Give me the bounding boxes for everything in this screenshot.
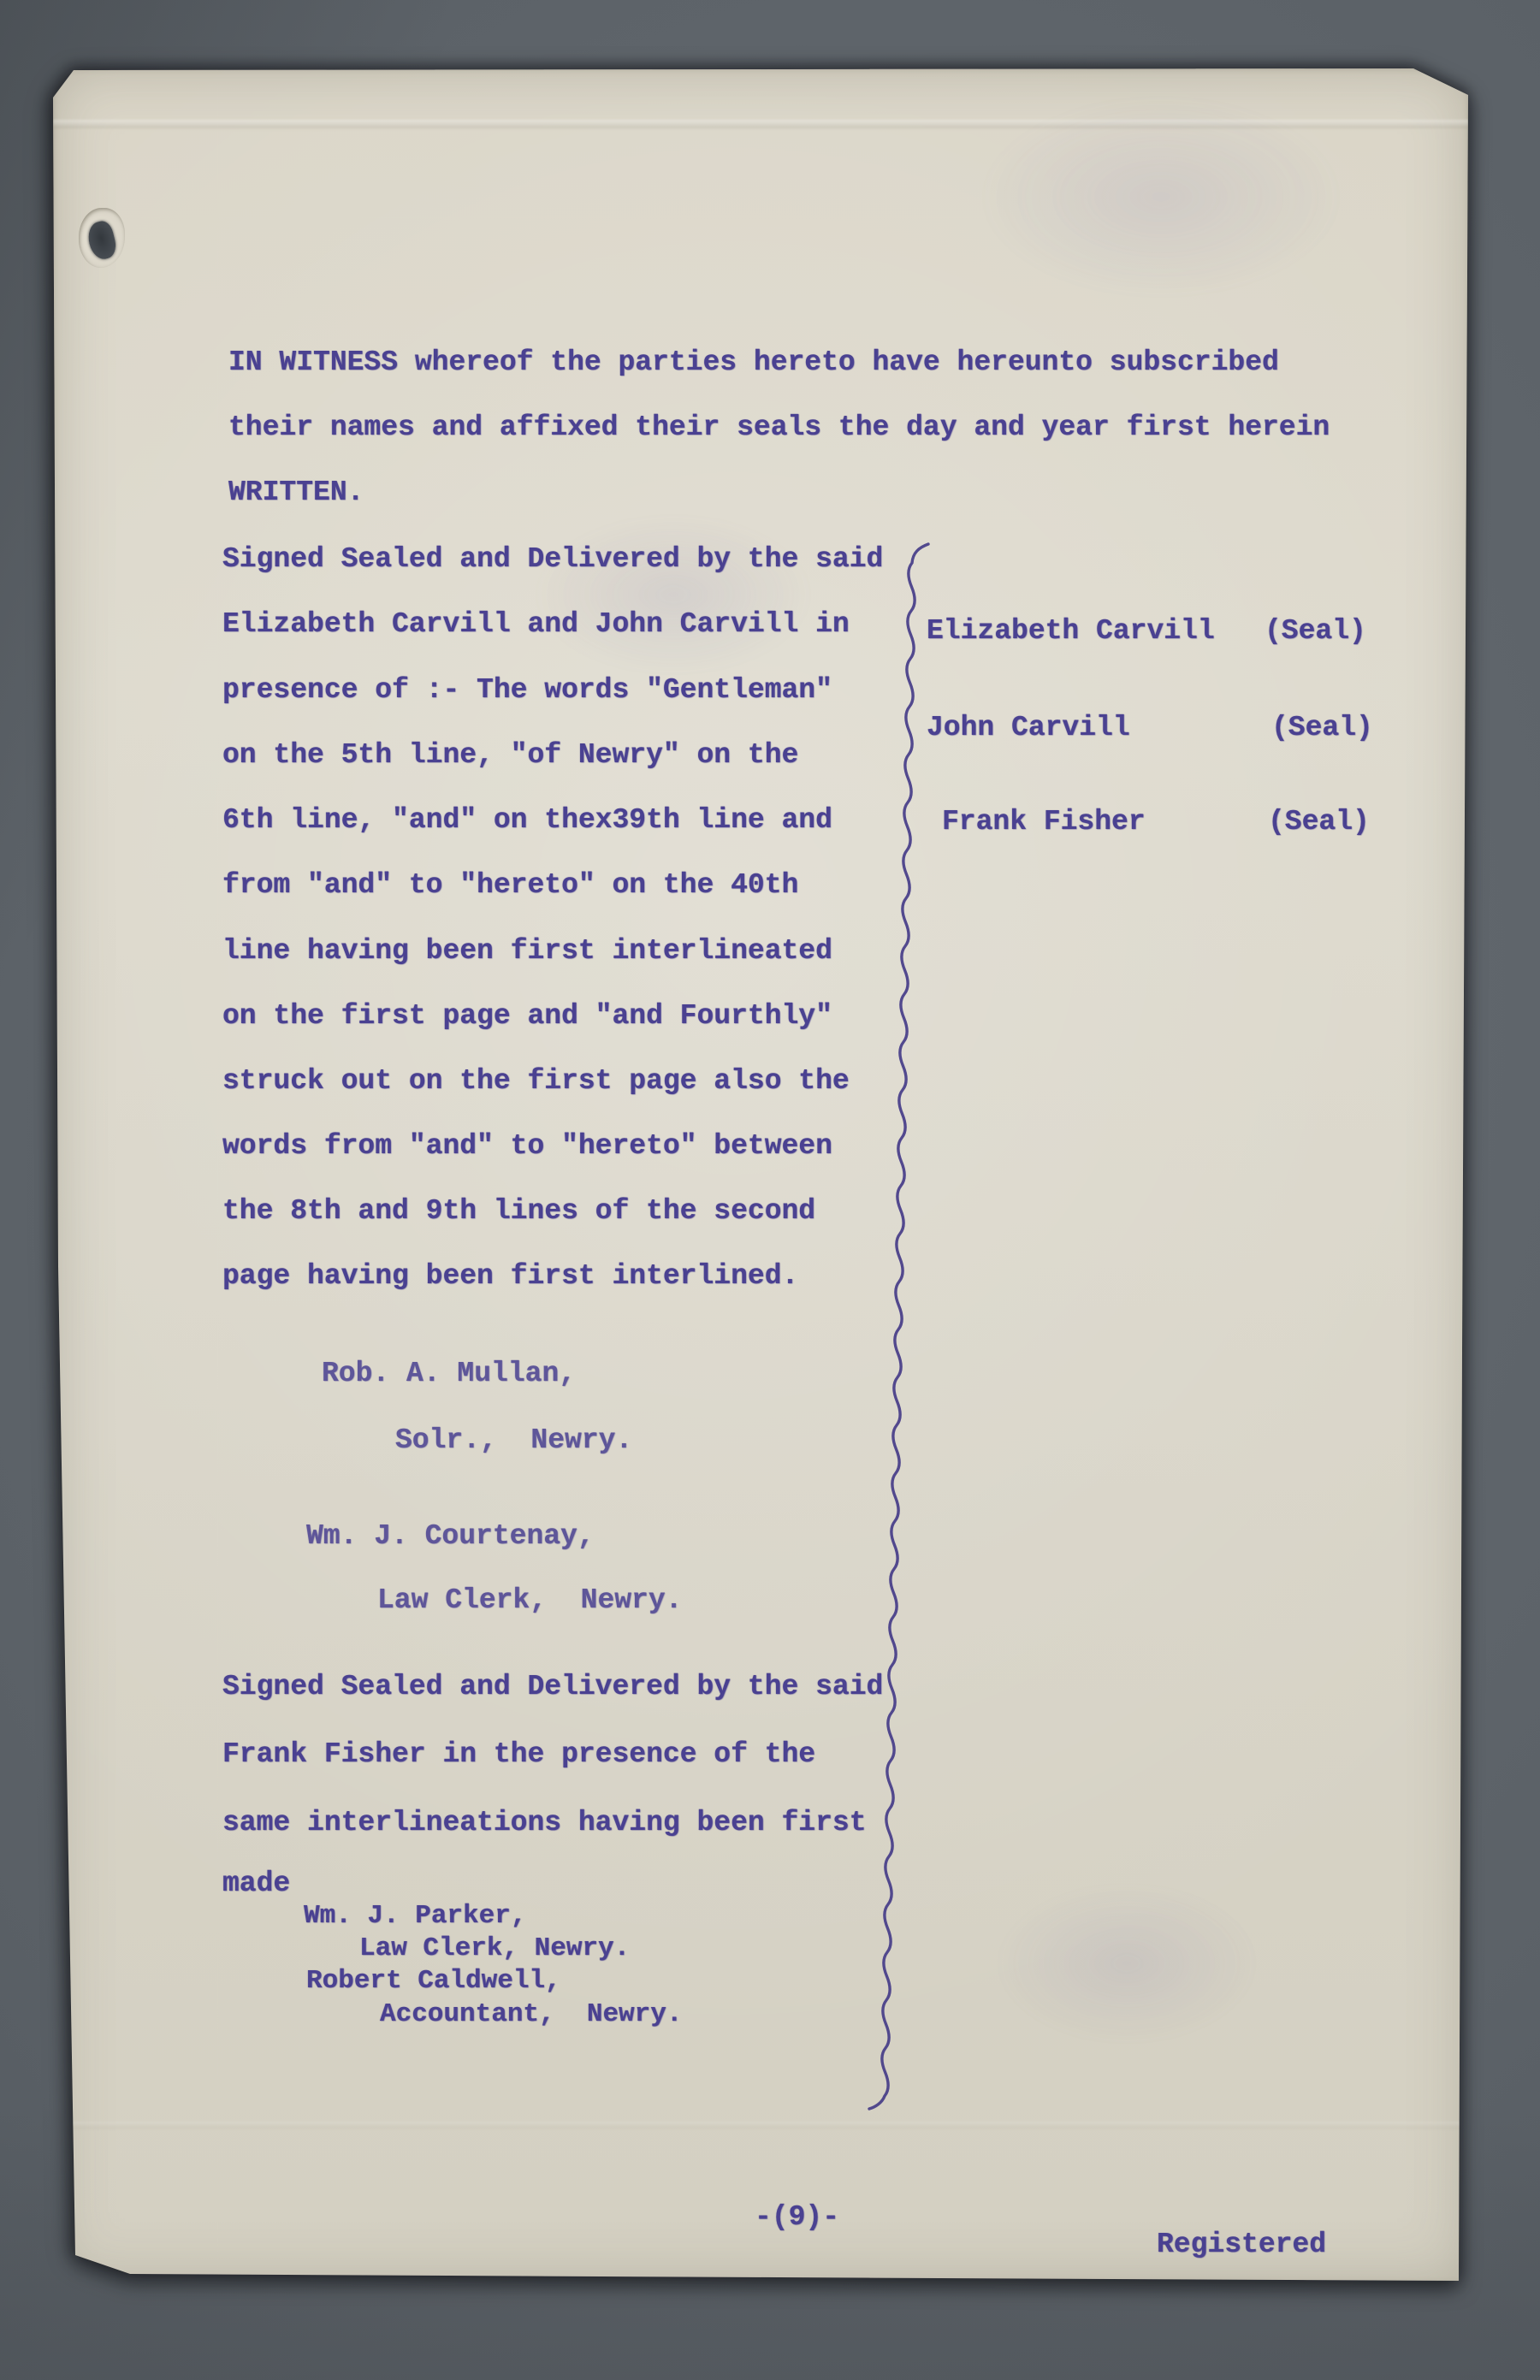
witness-role: Law Clerk, Newry. (377, 1584, 682, 1616)
attestation1-line: struck out on the first page also the (222, 1065, 850, 1097)
punch-hole (79, 208, 125, 268)
paper-sheet-wrap: IN WITNESS whereof the parties hereto ha… (53, 68, 1469, 2284)
attestation2-line: Signed Sealed and Delivered by the said (222, 1671, 883, 1702)
signatory-name: John Carvill (927, 712, 1130, 743)
scanned-document-photo: { "page": { "mat_color": "#5b6167", "pap… (0, 0, 1540, 2380)
registered-stamp: Registered (1157, 2229, 1326, 2260)
attestation1-line: the 8th and 9th lines of the second (222, 1195, 815, 1227)
witness-name: Wm. J. Courtenay, (306, 1520, 595, 1552)
signatory-seal-label: (Seal) (1271, 712, 1373, 743)
attestation1-line: words from "and" to "hereto" between (222, 1130, 832, 1162)
attestation1-line: 6th line, "and" on thex39th line and (222, 804, 832, 836)
page-number: -(9)- (755, 2201, 839, 2233)
signatory-seal-label: (Seal) (1265, 615, 1366, 647)
attestation1-line: page having been first interlined. (222, 1260, 798, 1292)
signatory-name: Frank Fisher (942, 806, 1146, 838)
intro-line: their names and affixed their seals the … (228, 411, 1330, 443)
attestation1-line: on the first page and "and Fourthly" (222, 1000, 832, 1032)
paper-top-fold-crease (53, 120, 1469, 128)
intro-line: IN WITNESS whereof the parties hereto ha… (228, 346, 1279, 378)
ink-bleedthrough-ghost (532, 513, 814, 676)
attestation2-line: Frank Fisher in the presence of the (222, 1738, 815, 1770)
attestation1-line: on the 5th line, "of Newry" on the (222, 739, 798, 771)
paper-sheet: IN WITNESS whereof the parties hereto ha… (53, 68, 1469, 2284)
attestation1-line: from "and" to "hereto" on the 40th (222, 869, 798, 901)
witness-name: Robert Caldwell, (306, 1966, 561, 1996)
attestation1-line: presence of :- The words "Gentleman" (222, 674, 832, 706)
attestation1-line: Signed Sealed and Delivered by the said (222, 543, 883, 575)
witness-role: Accountant, Newry. (380, 1999, 682, 2029)
attestation-brace-squiggle (53, 68, 1469, 2284)
signatory-seal-label: (Seal) (1268, 806, 1370, 838)
signatory-name: Elizabeth Carvill (927, 615, 1215, 647)
intro-line: WRITTEN. (228, 477, 364, 508)
witness-role: Solr., Newry. (395, 1424, 632, 1456)
ink-bleedthrough-ghost (994, 1882, 1259, 2045)
attestation1-line: Elizabeth Carvill and John Carvill in (222, 608, 850, 640)
attestation1-line: line having been first interlineated (222, 935, 832, 967)
witness-name: Wm. J. Parker, (304, 1901, 526, 1931)
witness-name: Rob. A. Mullan, (322, 1358, 576, 1389)
paper-lower-crease (53, 2122, 1469, 2128)
attestation2-line: same interlineations having been first (222, 1807, 867, 1838)
witness-role: Law Clerk, Newry. (359, 1933, 630, 1963)
attestation2-line: made (222, 1868, 290, 1899)
